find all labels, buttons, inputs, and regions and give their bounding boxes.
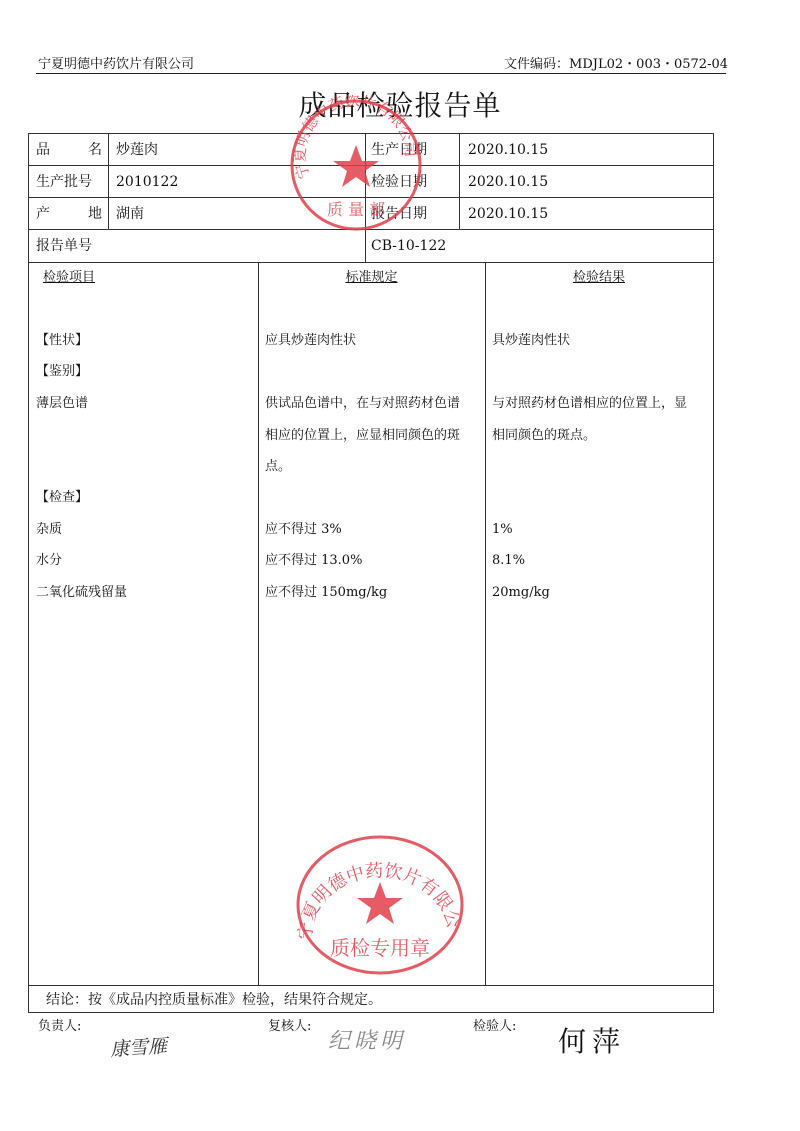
svg-text:质检专用章: 质检专用章 <box>330 936 430 960</box>
col-divider <box>258 262 259 985</box>
inspector-label: 检验人: <box>473 1019 516 1035</box>
col-divider <box>485 262 486 985</box>
table-border-right <box>713 133 714 1012</box>
product-name-value: 炒莲肉 <box>116 142 158 158</box>
responsible-label: 负责人: <box>38 1019 81 1035</box>
test-standard-line: 供试品色谱中，在与对照药材色谱 <box>265 396 460 412</box>
conclusion-text: 结论：按《成品内控质量标准》检验，结果符合规定。 <box>46 992 382 1008</box>
company-name: 宁夏明德中药饮片有限公司 <box>38 53 194 72</box>
origin-value: 湖南 <box>116 206 144 222</box>
responsible-signature: 康雪雁 <box>109 1031 168 1062</box>
test-item: 二氧化硫残留量 <box>36 585 127 601</box>
test-result-line: 与对照药材色谱相应的位置上，显 <box>492 396 687 412</box>
report-number-value: CB-10-122 <box>371 238 446 254</box>
col-divider <box>108 133 109 229</box>
header-standard: 标准规定 <box>258 270 485 286</box>
table-border-left <box>28 133 29 1012</box>
test-standard: 应不得过 3% <box>265 522 342 538</box>
test-result: 8.1% <box>492 553 525 569</box>
report-number-label: 报告单号 <box>36 238 92 254</box>
reviewer-label: 复核人: <box>268 1019 311 1035</box>
report-date-label: 报告日期 <box>371 206 427 222</box>
report-date-value: 2020.10.15 <box>468 206 548 222</box>
origin-label: 产 地 <box>36 206 102 222</box>
test-result: 具炒莲肉性状 <box>492 333 570 349</box>
table-border-top <box>28 133 714 134</box>
test-item: 水分 <box>36 553 62 569</box>
row-divider <box>28 229 714 230</box>
test-item: 杂质 <box>36 522 62 538</box>
col-divider <box>459 133 460 229</box>
test-standard: 应具炒莲肉性状 <box>265 333 356 349</box>
quality-inspection-seal: 宁夏明德中药饮片有限公司 质检专用章 <box>290 830 470 980</box>
test-standard-line: 点。 <box>265 459 291 475</box>
page-title: 成品检验报告单 <box>0 84 800 124</box>
batch-number-value: 2010122 <box>116 174 178 190</box>
header-test-item: 检验项目 <box>43 270 95 286</box>
test-standard-line: 相应的位置上，应显相同颜色的斑 <box>265 428 460 444</box>
row-divider <box>28 165 714 166</box>
test-item: 【检查】 <box>36 490 88 506</box>
reviewer-signature: 纪晓明 <box>328 1024 406 1055</box>
svg-text:宁夏明德中药饮片有限公司: 宁夏明德中药饮片有限公司 <box>290 830 464 940</box>
header-result: 检验结果 <box>485 270 713 286</box>
row-divider <box>28 197 714 198</box>
test-item: 薄层色谱 <box>36 396 88 412</box>
production-date-label: 生产日期 <box>371 142 427 158</box>
test-standard: 应不得过 150mg/kg <box>265 585 387 601</box>
table-border-bottom <box>28 1012 714 1013</box>
row-divider <box>28 262 714 263</box>
production-date-value: 2020.10.15 <box>468 142 548 158</box>
row-divider <box>28 985 714 986</box>
product-name-label: 品 名 <box>36 142 102 158</box>
test-item: 【鉴别】 <box>36 364 88 380</box>
test-item: 【性状】 <box>36 333 88 349</box>
test-result: 20mg/kg <box>492 585 550 601</box>
inspection-date-value: 2020.10.15 <box>468 174 548 190</box>
test-result: 1% <box>492 522 513 538</box>
document-code: 文件编码：MDJL02・003・0572-04 <box>504 53 728 72</box>
header-divider <box>36 73 726 74</box>
test-result-line: 相同颜色的斑点。 <box>492 428 596 444</box>
inspector-signature: 何萍 <box>558 1020 626 1060</box>
batch-number-label: 生产批号 <box>36 174 92 190</box>
inspection-date-label: 检验日期 <box>371 174 427 190</box>
col-divider <box>365 133 366 262</box>
test-standard: 应不得过 13.0% <box>265 553 362 569</box>
